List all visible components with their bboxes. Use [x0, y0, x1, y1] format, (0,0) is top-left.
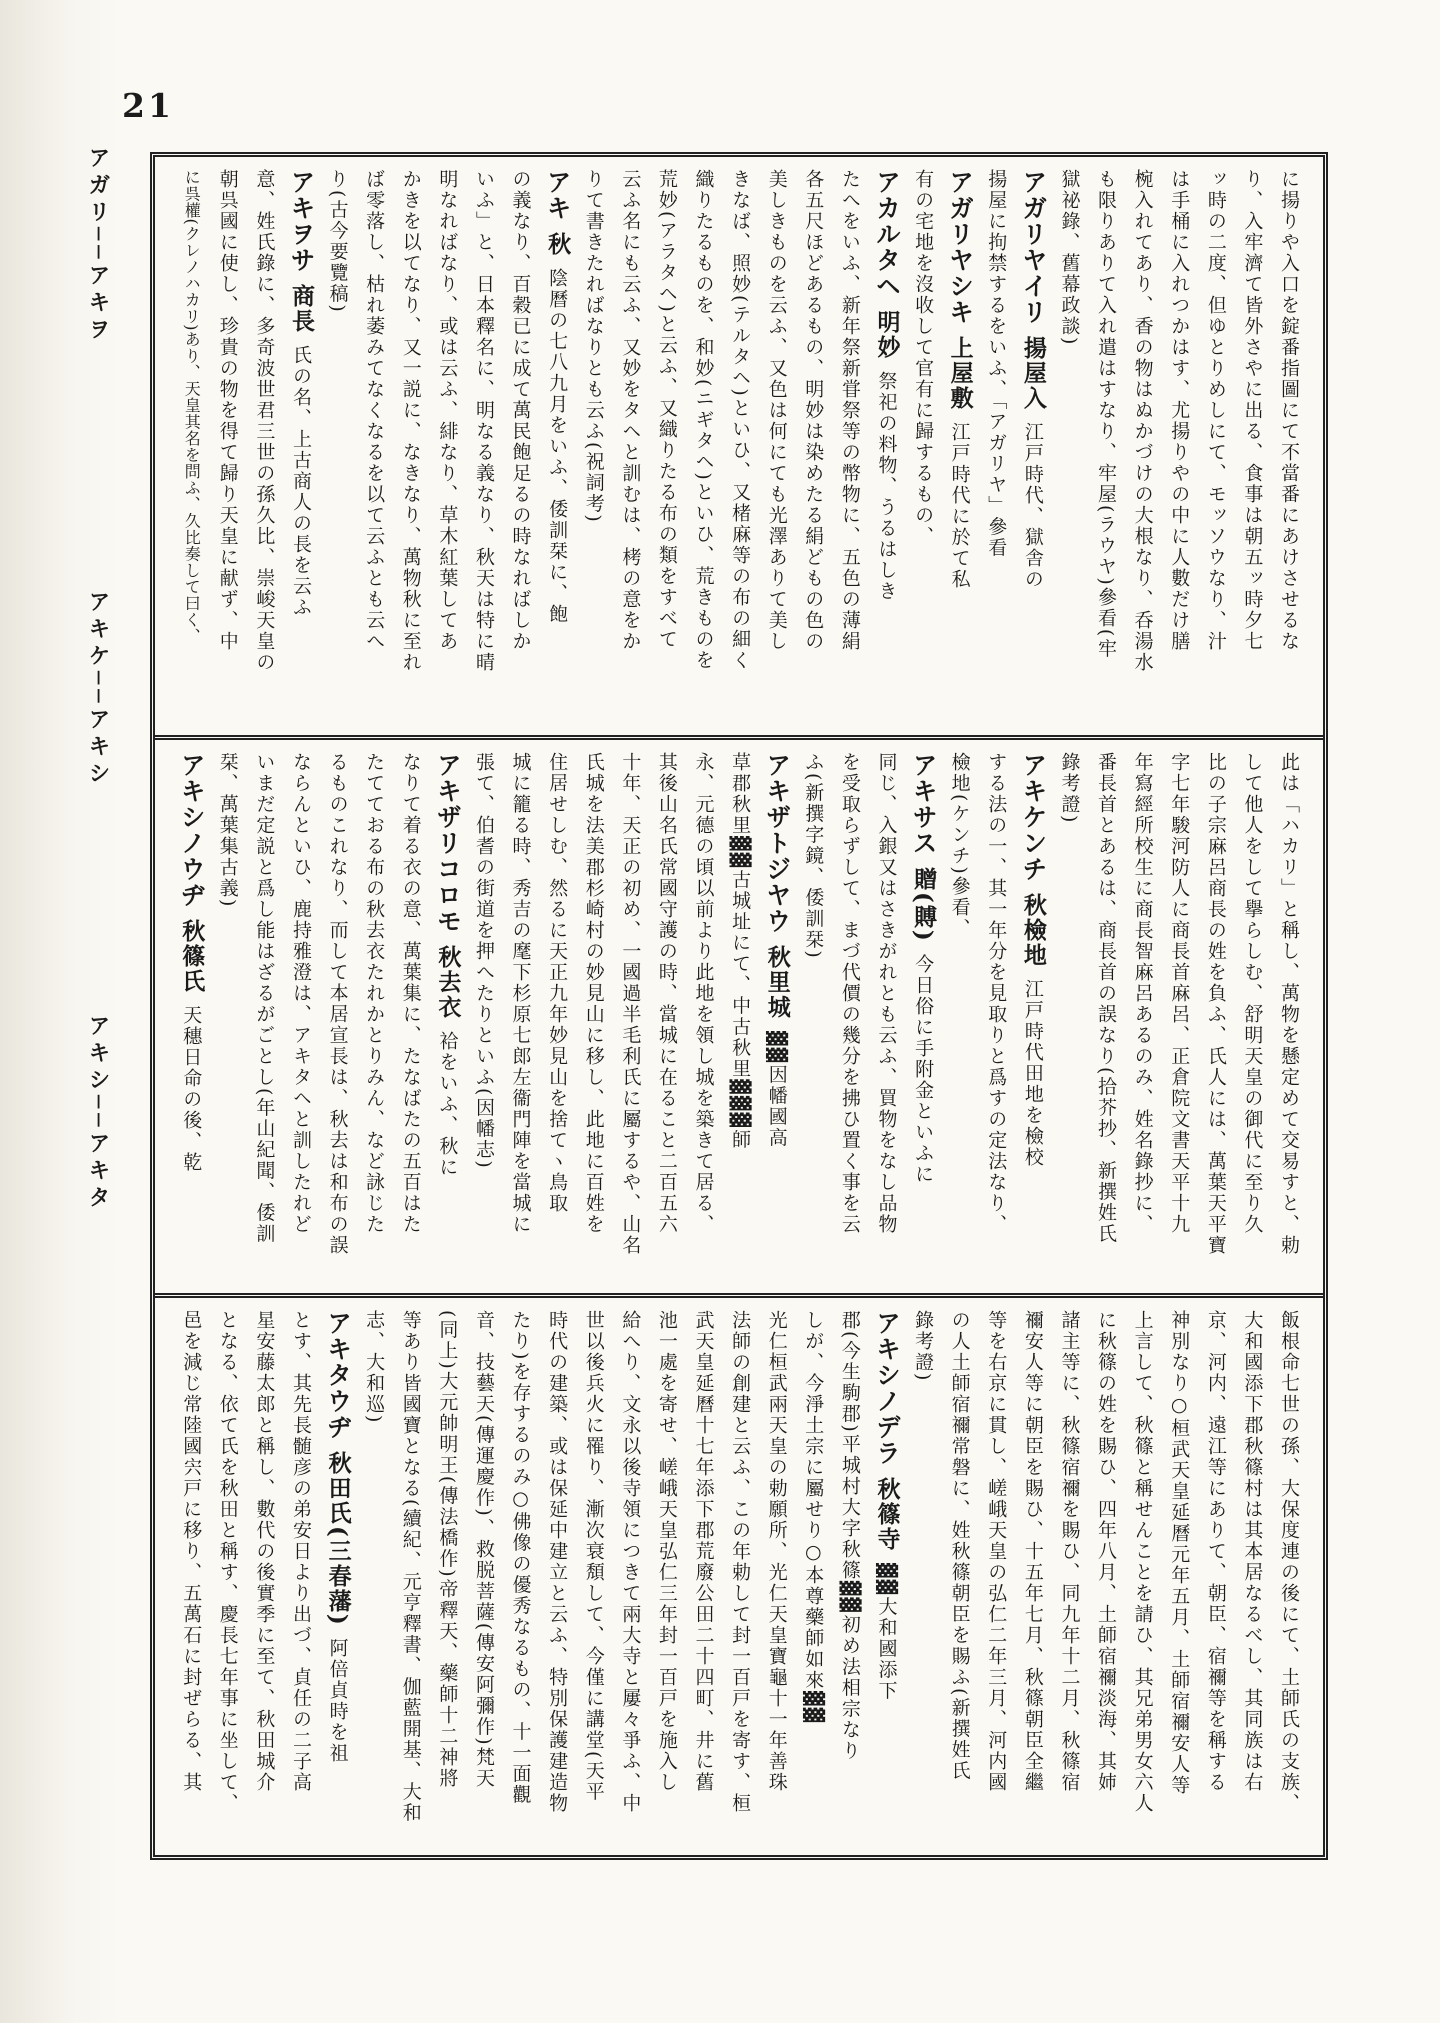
text-column: の義なり、百穀已に成て萬民飽足るの時なればしか: [502, 169, 539, 725]
margin-guide-label-1: アガリ──アキヲ: [82, 146, 113, 345]
column-text: たり)を存するのみ○佛像の優秀なるもの、十一面觀: [510, 1310, 532, 1805]
column-text: 明なればなり、或は云ふ、緋なり、草木紅葉してあ: [436, 169, 458, 652]
column-text: ▓▓大和國添下: [875, 1563, 897, 1701]
text-column: なりて着る衣の意、萬葉集に、たなばたの五百はた: [392, 752, 429, 1283]
entry-kanji: 贈(賻): [910, 867, 937, 943]
band-2-columns: 此は「ハカリ」と稱し、萬物を懸定めて交易すと、勅して他人をして擧らしむ、舒明天皇…: [169, 752, 1307, 1283]
column-text: 永、元德の頃以前より此地を領し城を築きて居る、: [693, 752, 715, 1235]
text-column: 上言して、秋篠と稱せんことを請ひ、其兄弟男女六人: [1124, 1310, 1161, 1845]
column-text: 氏城を法美郡杉崎村の妙見山に移し、此地に百姓を: [583, 752, 605, 1235]
column-text: 禰安人等に朝臣を賜ひ、十五年七月、秋篠朝臣全繼: [1022, 1310, 1044, 1793]
entry-kanji: 秋檢地: [1020, 893, 1047, 968]
column-text: ッ時の二度、但ゆとりめしにて、モッソウなり、汁: [1205, 169, 1227, 652]
text-column: 錄考證): [904, 1310, 941, 1845]
column-text: 諸主等に、秋篠宿禰を賜ひ、同九年十二月、秋篠宿: [1058, 1310, 1080, 1793]
column-text: 意、姓氏錄に、多奇波世君三世の孫久比、崇峻天皇の: [253, 169, 275, 673]
column-text: 法師の創建と云ふ、この年勅して封一百戸を寄す、桓: [729, 1310, 751, 1814]
entry-column: アキタウヂ秋田氏(三春藩)阿倍貞時を祖: [319, 1310, 356, 1845]
entry-headword: アキザリコロモ: [433, 752, 462, 934]
scanned-dictionary-page: 21 アガリ──アキヲ アキケ──アキシ アキシ──アキタ に揚りや入口を錠番指…: [0, 0, 1440, 2023]
text-column: 池一處を寄せ、嵯峨天皇弘仁三年封一百戸を施入し: [648, 1310, 685, 1845]
column-text: 此は「ハカリ」と稱し、萬物を懸定めて交易すと、勅: [1278, 752, 1300, 1256]
text-column: 獄祕錄、舊幕政談): [1051, 169, 1088, 725]
text-column: 志、大和巡): [356, 1310, 393, 1845]
column-text: 張て、伯耆の街道を押へたりといふ(因幡志): [473, 752, 495, 1170]
text-column: 神別なり○桓武天皇延曆元年五月、土師宿禰安人等: [1161, 1310, 1198, 1845]
band-agari-akiwo: に揚りや入口を錠番指圖にて不當番にあけさせるなり、入牢濟て皆外さやに出る、食事は…: [155, 157, 1323, 735]
entry-kanji: 秋去衣: [434, 945, 461, 1020]
text-column: 時代の建築、或は保延中建立と云ふ、特別保護建造物: [539, 1310, 576, 1845]
text-column: 錄考證): [1051, 752, 1088, 1283]
column-text: 同じ、入銀又はさきがれとも云ふ、買物をなし品物: [875, 752, 897, 1235]
column-text: 世以後兵火に罹り、漸次衰頽して、今僅に講堂(天平: [583, 1310, 605, 1802]
band-1-columns: に揚りや入口を錠番指圖にて不當番にあけさせるなり、入牢濟て皆外さやに出る、食事は…: [169, 169, 1307, 725]
column-text: の義なり、百穀已に成て萬民飽足るの時なればしか: [510, 169, 532, 652]
column-text: を受取らずして、まづ代價の幾分を拂ひ置く事を云: [839, 752, 861, 1235]
column-text: 十年、天正の初め、一國過半毛利氏に屬するや、山名: [619, 752, 641, 1256]
column-text: も限りありて入れ遣はすなり、牢屋(ラウヤ)參看(牢: [1095, 169, 1117, 659]
text-column: 番長首とあるは、商長首の誤なり(拾芥抄、新撰姓氏: [1087, 752, 1124, 1283]
text-column: の人土師宿禰常磐に、姓秋篠朝臣を賜ふ(新撰姓氏: [941, 1310, 978, 1845]
text-column: るものこれなり、而して本居宣長は、秋去は和布の誤: [319, 752, 356, 1283]
column-text: 草郡秋里▓▓古城址にて、中古秋里▓▓▓師: [729, 752, 751, 1150]
column-text: 邑を減じ常陸國宍戸に移り、五萬石に封ぜらる、其: [180, 1310, 202, 1793]
entry-headword: アガリヤシキ: [946, 169, 975, 325]
entry-column: アガリヤシキ上屋敷江戸時代に於て私: [941, 169, 978, 725]
text-column: 草郡秋里▓▓古城址にて、中古秋里▓▓▓師: [722, 752, 759, 1283]
text-column: りて書きたればなりとも云ふ(祝詞考): [575, 169, 612, 725]
entry-headword: アキ: [543, 169, 572, 221]
text-column: 光仁桓武兩天皇の勅願所、光仁天皇寶龜十一年善珠: [758, 1310, 795, 1845]
text-column: 世以後兵火に罹り、漸次衰頽して、今僅に講堂(天平: [575, 1310, 612, 1845]
text-column: 張て、伯耆の街道を押へたりといふ(因幡志): [465, 752, 502, 1283]
column-text: 給へり、文永以後寺領につきて兩大寺と屢々爭ふ、中: [619, 1310, 641, 1814]
column-text: 住居せしむ、然るに天正九年妙見山を捨てヽ鳥取: [546, 752, 568, 1214]
column-text: 椀入れてあり、香の物はぬかづけの大根なり、呑湯水: [1132, 169, 1154, 673]
text-column: 年寫經所校生に商長智麻呂あるのみ、姓名錄抄に、: [1124, 752, 1161, 1283]
text-column: たへをいふ、新年祭新甞祭等の幣物に、五色の薄絹: [831, 169, 868, 725]
column-text: たへをいふ、新年祭新甞祭等の幣物に、五色の薄絹: [839, 169, 861, 652]
column-text: るものこれなり、而して本居宣長は、秋去は和布の誤: [327, 752, 349, 1256]
band-3-columns: 飯根命七世の孫、大保度連の後にて、土師氏の支族、大和國添下郡秋篠村は其本居なるべ…: [169, 1310, 1307, 1845]
column-text: 云ふ名にも云ふ、又妙をタヘと訓むは、栲の意をか: [619, 169, 641, 652]
column-text: 飯根命七世の孫、大保度連の後にて、土師氏の支族、: [1278, 1310, 1300, 1814]
text-column: り(古今要覽稿): [319, 169, 356, 725]
column-text: いまだ定説と爲し能はざるがごとし(年山紀聞、倭訓: [253, 752, 275, 1244]
text-column: 朝呉國に使し、珍貴の物を得て歸り天皇に献ず、中: [209, 169, 246, 725]
column-text: 其後山名氏常國守護の時、當城に在ること二百五六: [656, 752, 678, 1235]
column-text: して他人をして擧らしむ、舒明天皇の御代に至り久: [1241, 752, 1263, 1235]
column-text: 各五尺ほどあるもの、明妙は染めたる絹どもの色の: [802, 169, 824, 652]
text-column: 永、元德の頃以前より此地を領し城を築きて居る、: [685, 752, 722, 1283]
column-text: り、入牢濟て皆外さやに出る、食事は朝五ッ時夕七: [1241, 169, 1263, 652]
column-text: は手桶に入れつかはす、尤揚りやの中に人數だけ膳: [1168, 169, 1190, 652]
entry-kanji: 秋田氏(三春藩): [325, 1451, 352, 1627]
column-text: 祭祀の料物、うるはしき: [875, 371, 897, 602]
column-text: とす、其先長髄彦の弟安日より出づ、貞任の二子高: [290, 1310, 312, 1793]
column-text: 音、技藝天(傳運慶作)、救脱菩薩(傳安阿彌作)梵天: [473, 1310, 495, 1789]
text-column: 字七年駿河防人に商長首麻呂、正倉院文書天平十九: [1161, 752, 1198, 1283]
text-column: (同上)大元帥明王(傳法橋作)帝釋天、藥師十二神將: [429, 1310, 466, 1845]
text-column: しが、今淨土宗に屬せり○本尊藥師如來▓▓: [795, 1310, 832, 1845]
text-column: に秋篠の姓を賜ひ、四年八月、土師宿禰淡海、其姉: [1087, 1310, 1124, 1845]
entry-headword: アキシノウヂ: [177, 752, 206, 908]
text-column: 大和國添下郡秋篠村は其本居なるべし、其同族は右: [1234, 1310, 1271, 1845]
entry-kanji: 揚屋入: [1020, 336, 1047, 411]
entry-headword: アキタウヂ: [324, 1310, 353, 1440]
entry-column: アガリヤイリ揚屋入江戸時代、獄舎の: [1014, 169, 1051, 725]
text-column: を受取らずして、まづ代價の幾分を拂ひ置く事を云: [831, 752, 868, 1283]
column-text: 池一處を寄せ、嵯峨天皇弘仁三年封一百戸を施入し: [656, 1310, 678, 1793]
column-text: 朝呉國に使し、珍貴の物を得て歸り天皇に献ず、中: [217, 169, 239, 652]
text-column: 其後山名氏常國守護の時、當城に在ること二百五六: [648, 752, 685, 1283]
text-column: 星安藤太郎と稱し、數代の後實季に至て、秋田城介: [246, 1310, 283, 1845]
column-text: 袷をいふ、秋に: [436, 1031, 458, 1178]
column-text: の人土師宿禰常磐に、姓秋篠朝臣を賜ふ(新撰姓氏: [949, 1310, 971, 1781]
entry-kanji: 秋里城: [764, 945, 791, 1020]
text-column: 意、姓氏錄に、多奇波世君三世の孫久比、崇峻天皇の: [246, 169, 283, 725]
text-column: 十年、天正の初め、一國過半毛利氏に屬するや、山名: [612, 752, 649, 1283]
column-text: 獄祕錄、舊幕政談): [1058, 169, 1080, 346]
entry-kanji: 明妙: [873, 310, 900, 360]
entry-kanji: 秋篠氏: [178, 919, 205, 994]
column-text: しが、今淨土宗に屬せり○本尊藥師如來▓▓: [802, 1310, 824, 1724]
entry-kanji: 秋: [544, 232, 571, 257]
column-text: 揚屋に拘禁するをいふ、「アガリヤ」參看: [985, 169, 1007, 559]
entry-headword: アキザトジヤウ: [763, 752, 792, 934]
text-column: 荒妙(アラタヘ)と云ふ、又織りたる布の類をすべて: [648, 169, 685, 725]
text-column: 音、技藝天(傳運慶作)、救脱菩薩(傳安阿彌作)梵天: [465, 1310, 502, 1845]
entry-column: アカルタヘ明妙祭祀の料物、うるはしき: [868, 169, 905, 725]
margin-guide-label-2: アキケ──アキシ: [82, 590, 113, 789]
page-number: 21: [122, 86, 174, 125]
entry-column: アキザリコロモ秋去衣袷をいふ、秋に: [429, 752, 466, 1283]
text-column: 此は「ハカリ」と稱し、萬物を懸定めて交易すと、勅: [1270, 752, 1307, 1283]
text-column: 有の宅地を沒收して官有に歸するもの、: [904, 169, 941, 725]
entry-column: アキシノデラ秋篠寺▓▓大和國添下: [868, 1310, 905, 1845]
text-column: とす、其先長髄彦の弟安日より出づ、貞任の二子高: [282, 1310, 319, 1845]
column-text: 時代の建築、或は保延中建立と云ふ、特別保護建造物: [546, 1310, 568, 1814]
column-text: 字七年駿河防人に商長首麻呂、正倉院文書天平十九: [1168, 752, 1190, 1235]
text-column: たてておる布の秋去衣たれかとりみん、など詠じた: [356, 752, 393, 1283]
column-text: 番長首とあるは、商長首の誤なり(拾芥抄、新撰姓氏: [1095, 752, 1117, 1244]
text-column: たり)を存するのみ○佛像の優秀なるもの、十一面觀: [502, 1310, 539, 1845]
text-column: 城に籠る時、秀吉の麾下杉原七郎左衞門陣を當城に: [502, 752, 539, 1283]
text-column: 諸主等に、秋篠宿禰を賜ひ、同九年十二月、秋篠宿: [1051, 1310, 1088, 1845]
text-column: 邑を減じ常陸國宍戸に移り、五萬石に封ぜらる、其: [173, 1310, 210, 1845]
entry-kanji: 秋篠寺: [873, 1477, 900, 1552]
text-column: 比の子宗麻呂商長の姓を負ふ、氏人には、萬葉天平寶: [1197, 752, 1234, 1283]
column-text: 天穗日命の後、乾: [180, 1005, 202, 1173]
column-text: きなば、照妙(テルタヘ)といひ、又楮麻等の布の細く: [729, 169, 751, 671]
entry-kanji: 上屋敷: [947, 336, 974, 411]
column-text: 江戸時代に於て私: [949, 422, 971, 590]
text-column: ならんといひ、鹿持雅澄は、アキタヘと訓したれど: [282, 752, 319, 1283]
column-text: 江戸時代、獄舎の: [1022, 422, 1044, 590]
column-text: ならんといひ、鹿持雅澄は、アキタヘと訓したれど: [290, 752, 312, 1235]
entry-column: アキサス贈(賻)今日俗に手附金といふに: [904, 752, 941, 1283]
text-column: 等あり皆國寶となる(續紀、元亨釋書、伽藍開基、大和: [392, 1310, 429, 1845]
entry-column: アキザトジヤウ秋里城▓▓因幡國高: [758, 752, 795, 1283]
text-column: 氏城を法美郡杉崎村の妙見山に移し、此地に百姓を: [575, 752, 612, 1283]
text-column: 給へり、文永以後寺領につきて兩大寺と屢々爭ふ、中: [612, 1310, 649, 1845]
column-text: 陰曆の七八九月をいふ、倭訓栞に、飽: [546, 268, 568, 625]
column-text: に秋篠の姓を賜ひ、四年八月、土師宿禰淡海、其姉: [1095, 1310, 1117, 1793]
entry-headword: アガリヤイリ: [1019, 169, 1048, 325]
entry-headword: アキヲサ: [287, 169, 316, 273]
entry-column: アキシノウヂ秋篠氏天穗日命の後、乾: [173, 752, 210, 1283]
text-column: ば零落し、枯れ萎みてなくなるを以て云ふとも云へ: [356, 169, 393, 725]
column-text: する法の一、其一年分を見取りと爲すの定法なり、: [985, 752, 1007, 1235]
text-column: 法師の創建と云ふ、この年勅して封一百戸を寄す、桓: [722, 1310, 759, 1845]
column-text: 檢地(ケンチ)參看、: [949, 752, 971, 939]
column-text: 江戸時代田地を檢校: [1022, 979, 1044, 1168]
column-text: 上言して、秋篠と稱せんことを請ひ、其兄弟男女六人: [1132, 1310, 1154, 1814]
column-text: 城に籠る時、秀吉の麾下杉原七郎左衞門陣を當城に: [510, 752, 532, 1235]
column-text: 錄考證): [1058, 752, 1080, 824]
column-text: 比の子宗麻呂商長の姓を負ふ、氏人には、萬葉天平寶: [1205, 752, 1227, 1256]
column-text: となる、依て氏を秋田と稱す、慶長七年事に坐して、: [217, 1310, 239, 1814]
column-text: りて書きたればなりとも云ふ(祝詞考): [583, 169, 605, 524]
text-column: は手桶に入れつかはす、尤揚りやの中に人數だけ膳: [1161, 169, 1198, 725]
text-column: 京、河内、遠江等にありて、朝臣、宿禰等を稱する: [1197, 1310, 1234, 1845]
column-text: 氏の名、上古商人の長を云ふ: [290, 345, 312, 618]
column-text: なりて着る衣の意、萬葉集に、たなばたの五百はた: [400, 752, 422, 1235]
text-column: 郡(今生駒郡)平城村大字秋篠▓▓初め法相宗なり: [831, 1310, 868, 1845]
band-akike-akishi: 此は「ハカリ」と稱し、萬物を懸定めて交易すと、勅して他人をして擧らしむ、舒明天皇…: [155, 735, 1323, 1293]
column-text: ▓▓因幡國高: [766, 1031, 788, 1148]
text-column: 美しきものを云ふ、又色は何にても光澤ありて美し: [758, 169, 795, 725]
text-column: 栞、萬葉集古義): [209, 752, 246, 1283]
column-text: 阿倍貞時を祖: [327, 1638, 349, 1764]
text-column: 明なればなり、或は云ふ、緋なり、草木紅葉してあ: [429, 169, 466, 725]
column-text: に呉權(クレノハカリ)あり、天皇其名を問ふ、久比奏して曰く、: [182, 169, 201, 644]
column-text: かきを以てなり、又一説に、なきなり、萬物秋に至れ: [400, 169, 422, 673]
column-text: 有の宅地を沒收して官有に歸するもの、: [912, 169, 934, 547]
text-column: 飯根命七世の孫、大保度連の後にて、土師氏の支族、: [1270, 1310, 1307, 1845]
column-text: 栞、萬葉集古義): [217, 752, 239, 908]
column-text: 郡(今生駒郡)平城村大字秋篠▓▓初め法相宗なり: [839, 1310, 861, 1761]
text-column: り、入牢濟て皆外さやに出る、食事は朝五ッ時夕七: [1234, 169, 1271, 725]
text-column: ふ(新撰字鏡、倭訓栞): [795, 752, 832, 1283]
column-text: り(古今要覽稿): [327, 169, 349, 314]
text-column: 椀入れてあり、香の物はぬかづけの大根なり、呑湯水: [1124, 169, 1161, 725]
column-text: 等あり皆國寶となる(續紀、元亨釋書、伽藍開基、大和: [400, 1310, 422, 1823]
band-akishi-akita: 飯根命七世の孫、大保度連の後にて、土師氏の支族、大和國添下郡秋篠村は其本居なるべ…: [155, 1293, 1323, 1855]
entry-column: アキヲサ商長氏の名、上古商人の長を云ふ: [282, 169, 319, 725]
column-text: 年寫經所校生に商長智麻呂あるのみ、姓名錄抄に、: [1132, 752, 1154, 1235]
entry-column: アキ秋陰曆の七八九月をいふ、倭訓栞に、飽: [539, 169, 576, 725]
text-column: する法の一、其一年分を見取りと爲すの定法なり、: [978, 752, 1015, 1283]
text-column: いふ」と、日本釋名に、明なる義なり、秋天は特に晴: [465, 169, 502, 725]
text-column: に揚りや入口を錠番指圖にて不當番にあけさせるな: [1270, 169, 1307, 725]
content-frame: に揚りや入口を錠番指圖にて不當番にあけさせるなり、入牢濟て皆外さやに出る、食事は…: [150, 152, 1328, 1860]
text-column: 檢地(ケンチ)參看、: [941, 752, 978, 1283]
margin-guide-label-3: アキシ──アキタ: [82, 1014, 113, 1213]
column-text: 荒妙(アラタヘ)と云ふ、又織りたる布の類をすべて: [656, 169, 678, 650]
text-column: 住居せしむ、然るに天正九年妙見山を捨てヽ鳥取: [539, 752, 576, 1283]
text-column: 等を右京に貫し、嵯峨天皇の弘仁二年三月、河内國: [978, 1310, 1015, 1845]
entry-headword: アキケンチ: [1019, 752, 1048, 882]
entry-headword: アキシノデラ: [872, 1310, 901, 1466]
column-text: 武天皇延曆十七年添下郡荒廢公田二十四町、井に舊: [693, 1310, 715, 1793]
column-text: 美しきものを云ふ、又色は何にても光澤ありて美し: [766, 169, 788, 652]
text-column: 云ふ名にも云ふ、又妙をタヘと訓むは、栲の意をか: [612, 169, 649, 725]
text-column: も限りありて入れ遣はすなり、牢屋(ラウヤ)參看(牢: [1087, 169, 1124, 725]
column-text: 今日俗に手附金といふに: [912, 954, 934, 1185]
column-text: ふ(新撰字鏡、倭訓栞): [802, 752, 824, 960]
text-column: 各五尺ほどあるもの、明妙は染めたる絹どもの色の: [795, 169, 832, 725]
column-text: ば零落し、枯れ萎みてなくなるを以て云ふとも云へ: [363, 169, 385, 652]
entry-kanji: 商長: [288, 284, 315, 334]
column-text: に揚りや入口を錠番指圖にて不當番にあけさせるな: [1278, 169, 1300, 652]
column-text: 等を右京に貫し、嵯峨天皇の弘仁二年三月、河内國: [985, 1310, 1007, 1793]
column-text: 神別なり○桓武天皇延曆元年五月、土師宿禰安人等: [1168, 1310, 1190, 1796]
text-column: 禰安人等に朝臣を賜ひ、十五年七月、秋篠朝臣全繼: [1014, 1310, 1051, 1845]
entry-column: アキケンチ秋檢地江戸時代田地を檢校: [1014, 752, 1051, 1283]
text-column: きなば、照妙(テルタヘ)といひ、又楮麻等の布の細く: [722, 169, 759, 725]
entry-headword: アキサス: [909, 752, 938, 856]
column-text: 京、河内、遠江等にありて、朝臣、宿禰等を稱する: [1205, 1310, 1227, 1793]
column-text: 織りたるものを、和妙(ニギタヘ)といひ、荒きものを: [693, 169, 715, 671]
text-column: に呉權(クレノハカリ)あり、天皇其名を問ふ、久比奏して曰く、: [173, 169, 210, 725]
text-column: いまだ定説と爲し能はざるがごとし(年山紀聞、倭訓: [246, 752, 283, 1283]
text-column: 武天皇延曆十七年添下郡荒廢公田二十四町、井に舊: [685, 1310, 722, 1845]
column-text: 光仁桓武兩天皇の勅願所、光仁天皇寶龜十一年善珠: [766, 1310, 788, 1793]
column-text: 志、大和巡): [363, 1310, 385, 1424]
text-column: 織りたるものを、和妙(ニギタヘ)といひ、荒きものを: [685, 169, 722, 725]
text-column: となる、依て氏を秋田と稱す、慶長七年事に坐して、: [209, 1310, 246, 1845]
entry-headword: アカルタヘ: [872, 169, 901, 299]
text-column: 揚屋に拘禁するをいふ、「アガリヤ」參看: [978, 169, 1015, 725]
column-text: 錄考證): [912, 1310, 934, 1382]
text-column: ッ時の二度、但ゆとりめしにて、モッソウなり、汁: [1197, 169, 1234, 725]
text-column: して他人をして擧らしむ、舒明天皇の御代に至り久: [1234, 752, 1271, 1283]
column-text: たてておる布の秋去衣たれかとりみん、など詠じた: [363, 752, 385, 1235]
text-column: 同じ、入銀又はさきがれとも云ふ、買物をなし品物: [868, 752, 905, 1283]
column-text: (同上)大元帥明王(傳法橋作)帝釋天、藥師十二神將: [436, 1310, 458, 1789]
text-column: かきを以てなり、又一説に、なきなり、萬物秋に至れ: [392, 169, 429, 725]
column-text: 大和國添下郡秋篠村は其本居なるべし、其同族は右: [1241, 1310, 1263, 1793]
column-text: 星安藤太郎と稱し、數代の後實季に至て、秋田城介: [253, 1310, 275, 1793]
column-text: いふ」と、日本釋名に、明なる義なり、秋天は特に晴: [473, 169, 495, 673]
